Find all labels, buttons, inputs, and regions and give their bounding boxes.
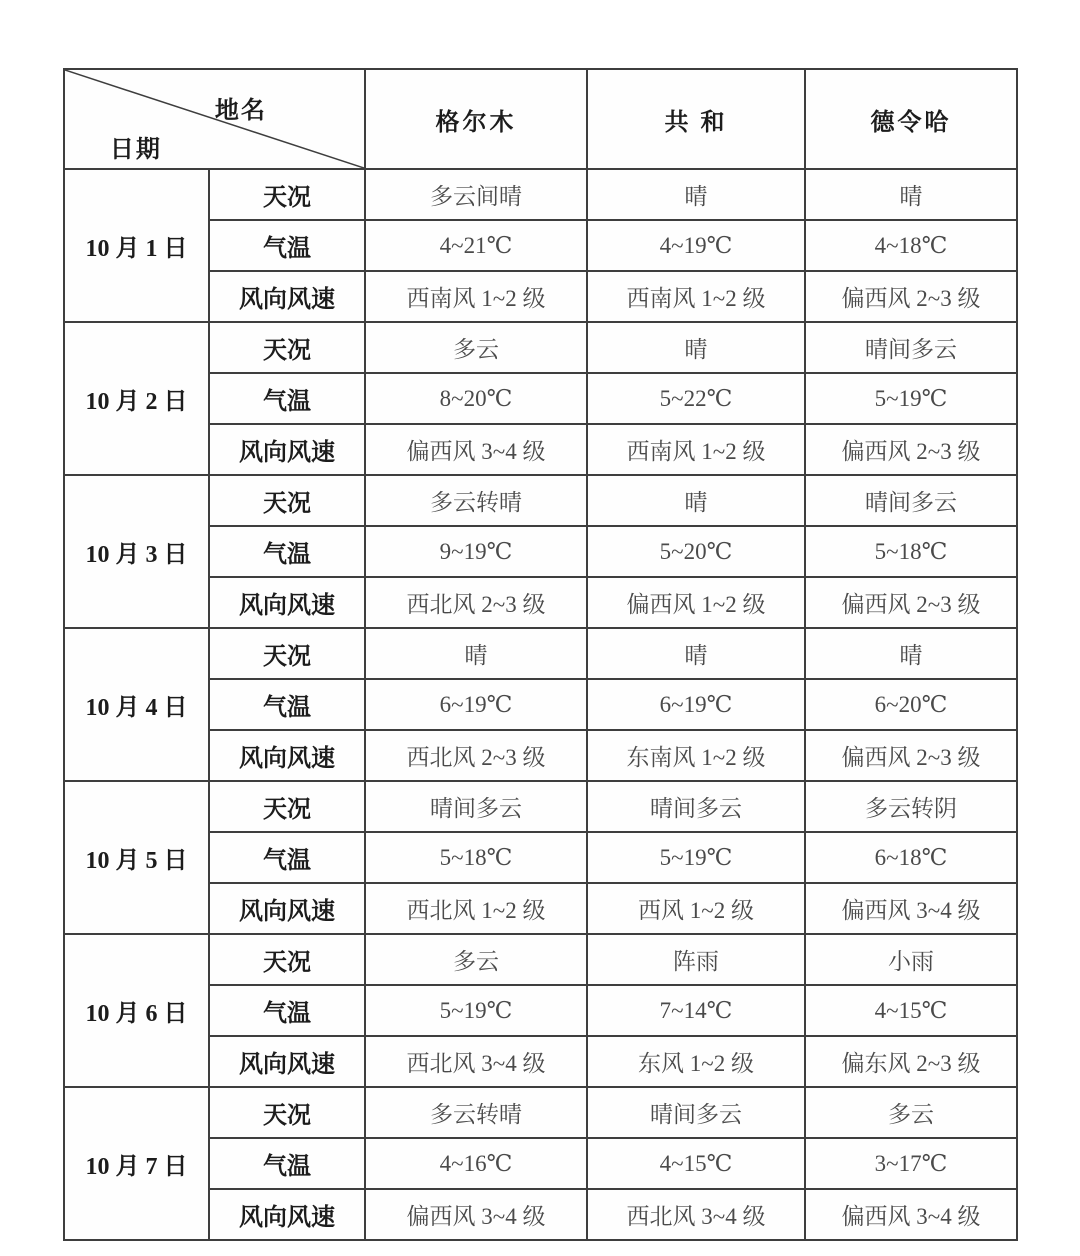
date-cell: 10 月 1 日	[64, 169, 209, 322]
temp-cell: 6~19℃	[587, 679, 805, 730]
metric-label-temp: 气温	[209, 985, 365, 1036]
temp-cell: 9~19℃	[365, 526, 587, 577]
weather-cell: 多云转晴	[365, 475, 587, 526]
wind-cell: 西北风 3~4 级	[587, 1189, 805, 1240]
temp-cell: 5~19℃	[805, 373, 1017, 424]
metric-label-wind: 风向风速	[209, 730, 365, 781]
col-header-gonghe: 共 和	[587, 69, 805, 169]
metric-label-wind: 风向风速	[209, 577, 365, 628]
metric-label-wind: 风向风速	[209, 1036, 365, 1087]
metric-label-temp: 气温	[209, 1138, 365, 1189]
metric-label-wind: 风向风速	[209, 424, 365, 475]
date-cell: 10 月 7 日	[64, 1087, 209, 1240]
temp-cell: 4~21℃	[365, 220, 587, 271]
col-header-delingha: 德令哈	[805, 69, 1017, 169]
metric-label-weather: 天况	[209, 169, 365, 220]
date-cell: 10 月 2 日	[64, 322, 209, 475]
weather-cell: 小雨	[805, 934, 1017, 985]
wind-cell: 偏西风 2~3 级	[805, 424, 1017, 475]
wind-cell: 偏西风 3~4 级	[365, 424, 587, 475]
table-row: 10 月 4 日 天况 晴 晴 晴	[64, 628, 1017, 679]
weather-cell: 阵雨	[587, 934, 805, 985]
wind-cell: 西北风 1~2 级	[365, 883, 587, 934]
wind-cell: 西南风 1~2 级	[587, 271, 805, 322]
wind-cell: 东南风 1~2 级	[587, 730, 805, 781]
wind-cell: 偏西风 3~4 级	[805, 1189, 1017, 1240]
temp-cell: 6~20℃	[805, 679, 1017, 730]
weather-cell: 晴	[805, 169, 1017, 220]
weather-cell: 晴	[587, 628, 805, 679]
weather-cell: 晴间多云	[365, 781, 587, 832]
wind-cell: 偏西风 3~4 级	[365, 1189, 587, 1240]
wind-cell: 偏西风 2~3 级	[805, 730, 1017, 781]
weather-cell: 晴	[587, 475, 805, 526]
metric-label-temp: 气温	[209, 220, 365, 271]
wind-cell: 东风 1~2 级	[587, 1036, 805, 1087]
wind-cell: 偏西风 2~3 级	[805, 577, 1017, 628]
wind-cell: 西南风 1~2 级	[365, 271, 587, 322]
temp-cell: 7~14℃	[587, 985, 805, 1036]
wind-cell: 偏西风 1~2 级	[587, 577, 805, 628]
weather-forecast-table: 地名 日期 格尔木 共 和 德令哈 10 月 1 日 天况 多云间晴 晴 晴 气…	[63, 68, 1018, 1241]
weather-cell: 晴间多云	[805, 475, 1017, 526]
weather-cell: 多云转阴	[805, 781, 1017, 832]
wind-cell: 偏东风 2~3 级	[805, 1036, 1017, 1087]
wind-cell: 西风 1~2 级	[587, 883, 805, 934]
table-row: 10 月 5 日 天况 晴间多云 晴间多云 多云转阴	[64, 781, 1017, 832]
temp-cell: 4~19℃	[587, 220, 805, 271]
temp-cell: 5~19℃	[365, 985, 587, 1036]
metric-label-temp: 气温	[209, 679, 365, 730]
temp-cell: 5~18℃	[805, 526, 1017, 577]
temp-cell: 6~18℃	[805, 832, 1017, 883]
weather-cell: 晴间多云	[805, 322, 1017, 373]
weather-cell: 多云	[805, 1087, 1017, 1138]
weather-cell: 多云间晴	[365, 169, 587, 220]
weather-cell: 晴	[587, 169, 805, 220]
temp-cell: 4~18℃	[805, 220, 1017, 271]
temp-cell: 5~18℃	[365, 832, 587, 883]
metric-label-wind: 风向风速	[209, 271, 365, 322]
weather-cell: 晴	[587, 322, 805, 373]
temp-cell: 5~20℃	[587, 526, 805, 577]
temp-cell: 6~19℃	[365, 679, 587, 730]
date-cell: 10 月 5 日	[64, 781, 209, 934]
wind-cell: 偏西风 2~3 级	[805, 271, 1017, 322]
weather-cell: 多云转晴	[365, 1087, 587, 1138]
metric-label-weather: 天况	[209, 934, 365, 985]
temp-cell: 4~15℃	[805, 985, 1017, 1036]
weather-cell: 晴间多云	[587, 1087, 805, 1138]
weather-cell: 多云	[365, 934, 587, 985]
date-cell: 10 月 6 日	[64, 934, 209, 1087]
weather-forecast-page: 地名 日期 格尔木 共 和 德令哈 10 月 1 日 天况 多云间晴 晴 晴 气…	[0, 0, 1080, 1256]
date-cell: 10 月 3 日	[64, 475, 209, 628]
weather-cell: 晴间多云	[587, 781, 805, 832]
temp-cell: 5~22℃	[587, 373, 805, 424]
metric-label-weather: 天况	[209, 322, 365, 373]
metric-label-weather: 天况	[209, 475, 365, 526]
corner-cell: 地名 日期	[64, 69, 365, 169]
wind-cell: 西北风 3~4 级	[365, 1036, 587, 1087]
corner-place-label: 地名	[215, 90, 267, 125]
metric-label-temp: 气温	[209, 526, 365, 577]
wind-cell: 西北风 2~3 级	[365, 730, 587, 781]
table-row: 10 月 2 日 天况 多云 晴 晴间多云	[64, 322, 1017, 373]
weather-cell: 多云	[365, 322, 587, 373]
temp-cell: 4~15℃	[587, 1138, 805, 1189]
col-header-golmud: 格尔木	[365, 69, 587, 169]
temp-cell: 8~20℃	[365, 373, 587, 424]
table-row: 10 月 7 日 天况 多云转晴 晴间多云 多云	[64, 1087, 1017, 1138]
metric-label-temp: 气温	[209, 832, 365, 883]
wind-cell: 西北风 2~3 级	[365, 577, 587, 628]
metric-label-wind: 风向风速	[209, 883, 365, 934]
weather-cell: 晴	[365, 628, 587, 679]
temp-cell: 4~16℃	[365, 1138, 587, 1189]
table-header-row: 地名 日期 格尔木 共 和 德令哈	[64, 69, 1017, 169]
temp-cell: 3~17℃	[805, 1138, 1017, 1189]
temp-cell: 5~19℃	[587, 832, 805, 883]
date-cell: 10 月 4 日	[64, 628, 209, 781]
table-row: 10 月 1 日 天况 多云间晴 晴 晴	[64, 169, 1017, 220]
metric-label-weather: 天况	[209, 781, 365, 832]
metric-label-temp: 气温	[209, 373, 365, 424]
metric-label-wind: 风向风速	[209, 1189, 365, 1240]
wind-cell: 偏西风 3~4 级	[805, 883, 1017, 934]
metric-label-weather: 天况	[209, 628, 365, 679]
table-row: 10 月 6 日 天况 多云 阵雨 小雨	[64, 934, 1017, 985]
corner-date-label: 日期	[110, 129, 162, 164]
wind-cell: 西南风 1~2 级	[587, 424, 805, 475]
weather-cell: 晴	[805, 628, 1017, 679]
table-row: 10 月 3 日 天况 多云转晴 晴 晴间多云	[64, 475, 1017, 526]
metric-label-weather: 天况	[209, 1087, 365, 1138]
